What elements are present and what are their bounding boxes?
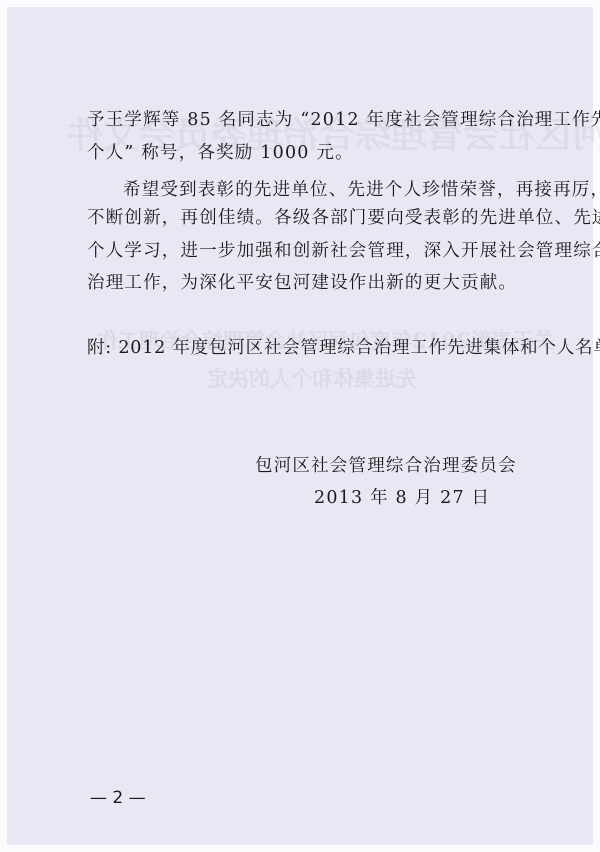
body-line-2: 个人” 称号，各奖励 1000 元。 — [87, 143, 354, 163]
attachment-note: 附: 2012 年度包河区社会管理综合治理工作先进集体和个人名单 — [87, 338, 600, 358]
body-line-4: 不断创新，再创佳绩。各级各部门要向受表彰的先进单位、先进 — [87, 208, 600, 228]
body-line-3: 希望受到表彰的先进单位、先进个人珍惜荣誉，再接再厉， — [123, 180, 600, 200]
scanned-page: 合肥市包河区社会管理综合治理委员会文件 关于表彰2012年度包河区社会管理综合治… — [7, 7, 593, 845]
body-line-1: 予王学辉等 85 名同志为 “2012 年度社会管理综合治理工作先进 — [87, 110, 600, 130]
issue-date: 2013 年 8 月 27 日 — [314, 484, 490, 509]
body-line-5: 个人学习，进一步加强和创新社会管理，深入开展社会管理综合 — [87, 241, 600, 261]
page-number: — 2 — — [90, 788, 146, 808]
bleed-through-title-2: 先进集体和个人的决定 — [207, 363, 417, 393]
issuing-organization: 包河区社会管理综合治理委员会 — [255, 452, 517, 477]
body-line-6: 治理工作，为深化平安包河建设作出新的更大贡献。 — [87, 273, 517, 293]
